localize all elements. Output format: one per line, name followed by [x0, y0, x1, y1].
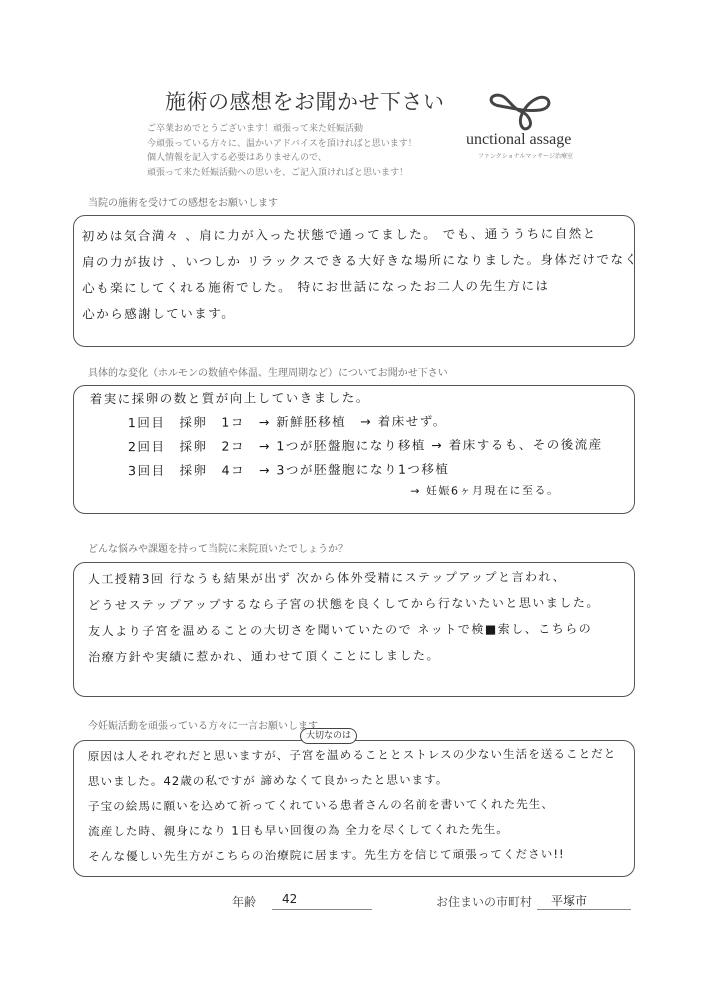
age-field[interactable]: 42	[272, 892, 372, 910]
city-label: お住まいの市町村	[436, 893, 532, 910]
section-2-answer: 着実に採卵の数と質が向上していきました。 1回目 採卵 1コ → 新鮮胚移植 →…	[90, 385, 603, 504]
answer-line: どうせステップアップするなら子宮の状態を良くしてから行ないたいと思いました。	[88, 590, 600, 619]
intro-line: 個人情報を記入する必要はありませんので、	[147, 151, 417, 166]
answer-line: 初めは気合満々 、肩に力が入った状態で通ってました。 でも、通ううちに自然と	[82, 221, 639, 250]
section-1-answer: 初めは気合満々 、肩に力が入った状態で通ってました。 でも、通ううちに自然と 肩…	[82, 221, 639, 328]
section-4-answer-box[interactable]: 原因は人それぞれだと思いますが、子宮を温めることとストレスの少ない生活を送ること…	[73, 740, 635, 877]
city-field[interactable]: 平塚市	[537, 892, 631, 910]
section-3-answer: 人工授精3回 行なうも結果が出ず 次から体外受精にステップアップと言われ、 どう…	[88, 564, 600, 671]
section-1-answer-box[interactable]: 初めは気合満々 、肩に力が入った状態で通ってました。 でも、通ううちに自然と 肩…	[73, 215, 635, 347]
logo-name: unctional assage	[466, 131, 571, 149]
answer-line: → 妊娠6ヶ月現在に至る。	[90, 481, 603, 504]
answer-line: 治療方針や実績に惹かれ、通わせて頂くことにしました。	[88, 642, 600, 671]
section-3-label: どんな悩みや課題を持って当院に来院頂いたでしょうか？	[88, 540, 348, 555]
answer-line: 原因は人それぞれだと思いますが、子宮を温めることとストレスの少ない生活を送ること…	[88, 742, 617, 770]
answer-line: 思いました。42歳の私ですが 諦めなくて良かったと思います。	[88, 767, 617, 795]
intro-line: 頑張って来た妊娠活動への思いを、ご記入頂ければと思います！	[147, 166, 417, 181]
age-label: 年齢	[232, 893, 256, 910]
answer-line: 着実に採卵の数と質が向上していきました。	[90, 385, 603, 412]
logo-subtitle: ファンクショナルマッサージ治療室	[478, 151, 573, 160]
answer-line: 心から感謝しています。	[82, 299, 639, 328]
section-4-label: 今妊娠活動を頑張っている方々に一言お願いします	[88, 717, 318, 732]
answer-line: 人工授精3回 行なうも結果が出ず 次から体外受精にステップアップと言われ、	[88, 564, 600, 593]
page-title: 施術の感想をお聞かせ下さい	[165, 86, 445, 116]
section-1-label: 当院の施術を受けての感想をお願いします	[88, 194, 278, 209]
section-2-answer-box[interactable]: 着実に採卵の数と質が向上していきました。 1回目 採卵 1コ → 新鮮胚移植 →…	[73, 385, 635, 514]
ribbon-loop-icon	[460, 90, 620, 135]
intro-line: ご卒業おめでとうございます！頑張って来た妊娠活動	[147, 122, 417, 137]
answer-line: 心も楽にしてくれる施術でした。 特にお世話になったお二人の先生方には	[82, 273, 639, 302]
answer-line: 2回目 採卵 2コ → 1つが胚盤胞になり移植 → 着床するも、その後流産	[90, 433, 603, 460]
answer-line: 3回目 採卵 4コ → 3つが胚盤胞になり1つ移植	[90, 457, 603, 484]
answer-line: 友人より子宮を温めることの大切さを聞いていたので ネットで検■索し、こちらの	[88, 616, 600, 645]
intro-line: 今頑張っている方々に、温かいアドバイスを頂ければと思います！	[147, 137, 417, 152]
section-2-label: 具体的な変化（ホルモンの数値や体温、生理周期など）についてお聞かせ下さい	[88, 364, 448, 379]
answer-line: 1回目 採卵 1コ → 新鮮胚移植 → 着床せず。	[90, 409, 603, 436]
answer-line: そんな優しい先生方がこちらの治療院に居ます。先生方を信じて頑張ってください!!	[88, 842, 617, 870]
answer-line: 流産した時、親身になり 1日も早い回復の為 全力を尽くしてくれた先生。	[88, 817, 617, 845]
section-4-answer: 原因は人それぞれだと思いますが、子宮を温めることとストレスの少ない生活を送ること…	[88, 742, 617, 870]
answer-line: 肩の力が抜け 、いつしか リラックスできる大好きな場所になりました。身体だけでな…	[82, 247, 639, 276]
logo: unctional assage ファンクショナルマッサージ治療室	[460, 90, 620, 160]
intro-text: ご卒業おめでとうございます！頑張って来た妊娠活動 今頑張っている方々に、温かいア…	[147, 122, 417, 180]
answer-line: 子宝の絵馬に願いを込めて祈ってくれている患者さんの名前を書いてくれた先生、	[88, 792, 617, 820]
section-3-answer-box[interactable]: 人工授精3回 行なうも結果が出ず 次から体外受精にステップアップと言われ、 どう…	[73, 562, 635, 697]
speech-bubble-note: 大切なのは	[300, 728, 357, 744]
